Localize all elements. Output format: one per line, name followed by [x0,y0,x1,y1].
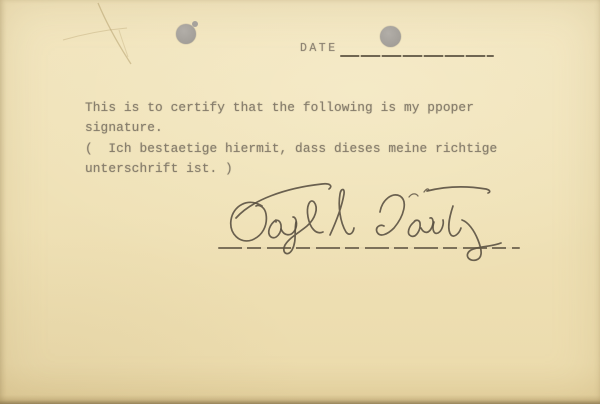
paper-bottom-edge [0,395,600,404]
typed-line-1: This is to certify that the following is… [85,98,545,118]
crease-marks [0,0,600,404]
signature [215,178,530,268]
typed-line-3: ( Ich bestaetige hiermit, dass dieses me… [85,139,545,159]
date-label: DATE [300,42,338,55]
hole-punch-right [380,26,401,47]
hole-punch-left [176,24,196,44]
typed-line-2: signature. [85,118,545,138]
signature-underline [218,247,520,249]
date-underline [340,55,494,57]
certification-text: This is to certify that the following is… [85,98,545,179]
typed-line-4: unterschrift ist. ) [85,159,545,179]
document-paper: DATE This is to certify that the followi… [0,0,600,404]
